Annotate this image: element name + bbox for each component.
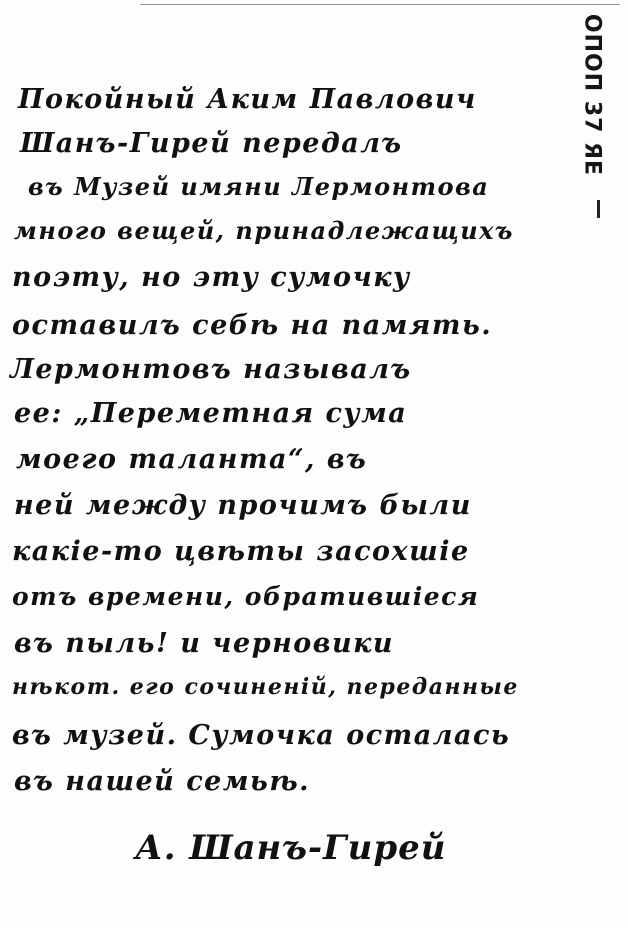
margin-mark — [597, 200, 600, 218]
text-line-5: поэту, но эту сумочку — [12, 262, 411, 293]
text-line-8: ее: „Переметная сума — [14, 398, 407, 429]
text-line-11: какiе-то цвѣты засохшiе — [12, 536, 470, 567]
text-line-2: Шанъ-Гирей передалъ — [20, 128, 403, 159]
archive-stamp: ОПОП 37 ЯЕ — [572, 20, 612, 170]
text-line-6: оставилъ себѣ на память. — [12, 310, 492, 341]
text-line-16: въ нашей семьѣ. — [14, 766, 310, 797]
text-line-7: Лермонтовъ называлъ — [10, 354, 412, 385]
top-edge-rule — [140, 4, 620, 5]
archive-stamp-text: ОПОП 37 ЯЕ — [580, 14, 605, 176]
text-line-1: Покойный Аким Павлович — [18, 84, 477, 115]
text-line-12: отъ времени, обратившiеся — [12, 582, 479, 611]
text-line-9: моего таланта“, въ — [16, 444, 367, 475]
signature: А. Шанъ-Гирей — [135, 828, 446, 868]
text-line-3: въ Музей имяни Лермонтова — [28, 172, 489, 201]
document-page: ОПОП 37 ЯЕ Покойный Аким Павлович Шанъ-Г… — [0, 0, 628, 928]
text-line-4: много вещей, принадлежащихъ — [14, 216, 514, 245]
text-line-15: въ музей. Сумочка осталась — [12, 720, 510, 751]
text-line-14: нѣкот. его сочиненiй, переданные — [12, 674, 519, 700]
text-line-13: въ пыль! и черновики — [14, 628, 394, 659]
text-line-10: ней между прочимъ были — [14, 490, 472, 521]
